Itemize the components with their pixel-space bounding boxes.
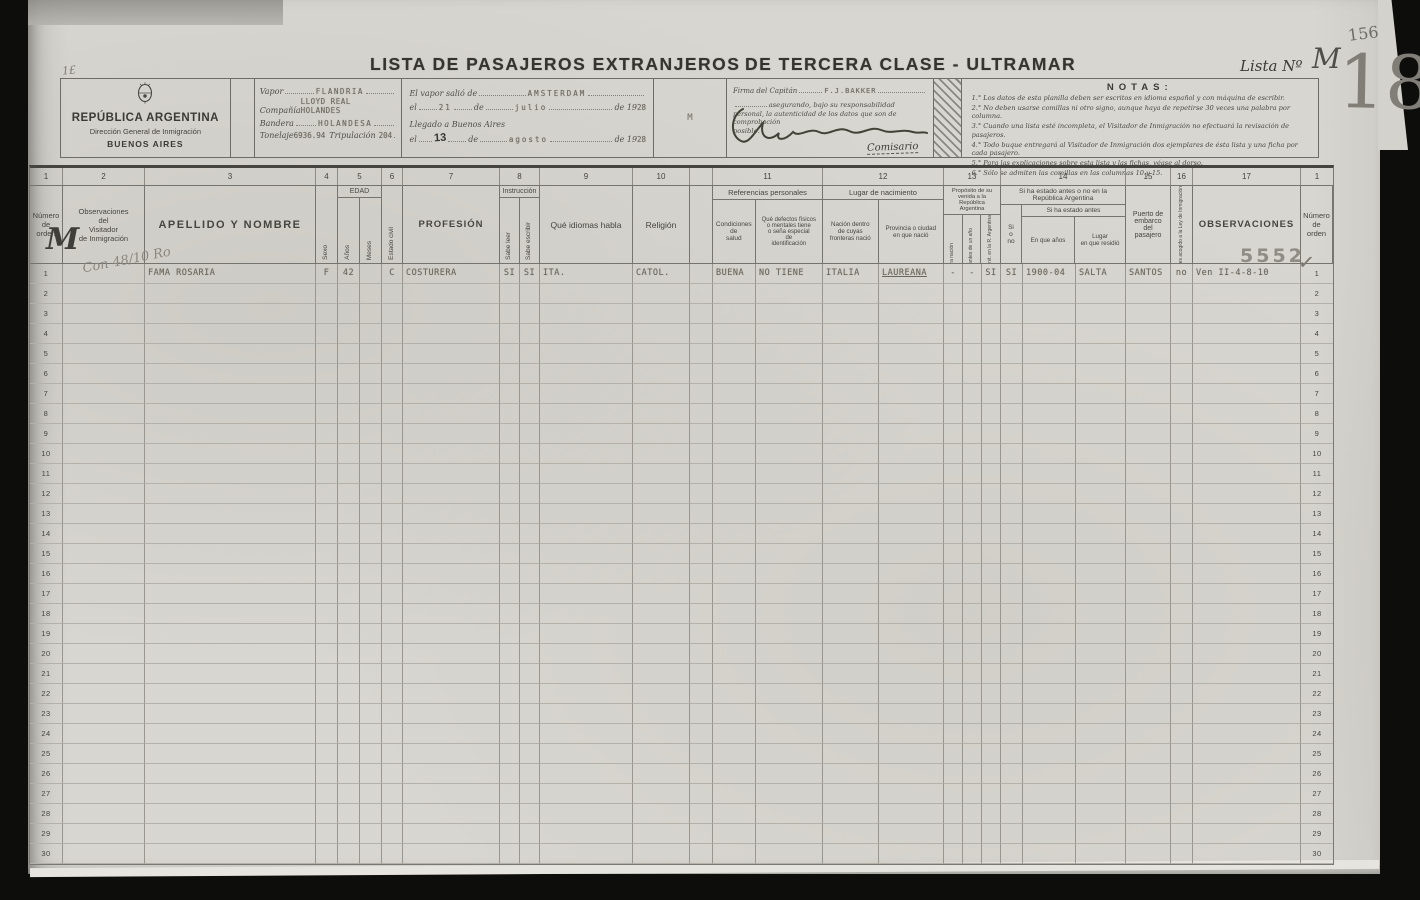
table-cell: [963, 684, 982, 704]
table-cell: [338, 364, 360, 384]
table-cell: [382, 444, 403, 464]
table-cell: [145, 784, 316, 804]
table-cell: [1023, 364, 1076, 384]
table-cell: [756, 284, 823, 304]
table-row: 22: [30, 284, 1333, 304]
col1-pencil-m: M: [46, 222, 79, 257]
table-cell: [145, 484, 316, 504]
table-cell: [145, 284, 316, 304]
table-cell: [690, 284, 713, 304]
table-cell: [500, 784, 520, 804]
table-cell: [756, 804, 823, 824]
table-cell: [1126, 684, 1171, 704]
table-cell: [316, 824, 338, 844]
table-cell: [944, 324, 963, 344]
table-cell: [360, 584, 382, 604]
table-cell: [1023, 544, 1076, 564]
table-cell: [382, 304, 403, 324]
department-name: Dirección General de Inmigración: [61, 127, 230, 136]
table-cell: [982, 504, 1001, 524]
table-cell: [944, 664, 963, 684]
table-cell: [1193, 604, 1301, 624]
table-cell: [1126, 804, 1171, 824]
table-cell: [1001, 344, 1023, 364]
table-cell: [403, 804, 500, 824]
header-proposito-group: Propósito de su venida a la República Ar…: [944, 186, 1001, 263]
table-cell: [63, 624, 145, 644]
table-cell: [338, 604, 360, 624]
table-cell: [944, 764, 963, 784]
table-cell: [963, 284, 982, 304]
table-cell: [316, 424, 338, 444]
header-provincia: Provincia o ciudad en que nació: [879, 200, 943, 263]
form-header-strip: REPÚBLICA ARGENTINA Dirección General de…: [60, 78, 1319, 158]
row-number: 24: [1301, 724, 1333, 744]
table-cell: [520, 564, 540, 584]
table-cell: [63, 824, 145, 844]
table-cell: [338, 744, 360, 764]
header-profesion: PROFESIÓN: [403, 186, 500, 263]
row-number: 21: [1301, 664, 1333, 684]
row-number: 11: [1301, 464, 1333, 484]
table-cell: [520, 364, 540, 384]
table-cell: [63, 844, 145, 864]
table-cell: [944, 484, 963, 504]
table-cell: [1126, 344, 1171, 364]
table-cell: [1171, 304, 1193, 324]
table-cell: [713, 724, 756, 744]
table-cell: [1023, 464, 1076, 484]
table-cell: [338, 384, 360, 404]
row-number: 20: [1301, 644, 1333, 664]
table-cell: [1126, 564, 1171, 584]
table-cell: [1171, 504, 1193, 524]
table-cell: [944, 744, 963, 764]
table-cell: [982, 344, 1001, 364]
table-cell: [690, 824, 713, 844]
table-cell: [690, 364, 713, 384]
table-cell: NO TIENE: [756, 264, 823, 284]
header-ha-estado-antes: Si ha estado antes En que años Lugar en …: [1022, 205, 1125, 263]
table-cell: [1193, 444, 1301, 464]
row-number: 19: [1301, 624, 1333, 644]
table-cell: [963, 344, 982, 364]
table-cell: [360, 644, 382, 664]
table-cell: [1171, 744, 1193, 764]
table-cell: [1076, 724, 1126, 744]
el-label: el: [409, 103, 416, 112]
table-cell: [403, 584, 500, 604]
table-cell: [145, 684, 316, 704]
table-cell: [1076, 604, 1126, 624]
row-number: 22: [1301, 684, 1333, 704]
table-cell: [823, 404, 879, 424]
table-cell: [713, 424, 756, 444]
table-cell: [963, 724, 982, 744]
table-cell: [316, 464, 338, 484]
table-cell: [982, 464, 1001, 484]
table-cell: [63, 604, 145, 624]
table-cell: [1126, 284, 1171, 304]
table-cell: [1001, 664, 1023, 684]
table-cell: [823, 364, 879, 384]
table-cell: [879, 384, 944, 404]
table-cell: [540, 764, 633, 784]
header-sabe-leer: Sabe leer: [500, 198, 520, 263]
table-cell: [1076, 404, 1126, 424]
row-number: 23: [30, 704, 63, 724]
table-cell: [944, 424, 963, 444]
table-cell: [1076, 824, 1126, 844]
table-cell: [1126, 504, 1171, 524]
table-cell: [1171, 604, 1193, 624]
table-cell: [63, 424, 145, 444]
table-cell: [879, 364, 944, 384]
table-cell: [1193, 844, 1301, 864]
table-cell: [145, 364, 316, 384]
table-cell: [382, 384, 403, 404]
table-row: 55: [30, 344, 1333, 364]
table-cell: [63, 584, 145, 604]
row-number: 30: [1301, 844, 1333, 864]
table-cell: [823, 524, 879, 544]
table-cell: [1076, 444, 1126, 464]
table-cell: [713, 684, 756, 704]
table-cell: [382, 624, 403, 644]
row-number: 18: [1301, 604, 1333, 624]
table-cell: [879, 464, 944, 484]
table-cell: [63, 324, 145, 344]
table-cell: [1001, 824, 1023, 844]
table-row: 2929: [30, 824, 1333, 844]
row-number: 22: [30, 684, 63, 704]
table-cell: [963, 544, 982, 564]
table-cell: [520, 404, 540, 424]
column-number-row: 12345678910111213141516171: [30, 168, 1333, 186]
table-row: 66: [30, 364, 1333, 384]
notas-title: NOTAS:: [972, 82, 1308, 93]
table-cell: [982, 804, 1001, 824]
column-number: 4: [316, 168, 338, 185]
table-cell: [879, 624, 944, 644]
table-cell: [1001, 784, 1023, 804]
table-cell: [1023, 804, 1076, 824]
table-cell: [756, 584, 823, 604]
table-cell: [403, 304, 500, 324]
table-cell: [1193, 484, 1301, 504]
table-cell: [316, 604, 338, 624]
row-number: 19: [30, 624, 63, 644]
table-cell: [1076, 684, 1126, 704]
column-number: 16: [1171, 168, 1193, 185]
row-number: 6: [1301, 364, 1333, 384]
table-cell: [1001, 364, 1023, 384]
table-cell: [879, 724, 944, 744]
column-number: 5: [338, 168, 382, 185]
stamp-number: 5552: [1240, 245, 1305, 267]
table-cell: [879, 444, 944, 464]
table-cell: [963, 324, 982, 344]
lista-no-handwritten: M: [1312, 42, 1341, 75]
row-number: 12: [1301, 484, 1333, 504]
table-cell: [382, 784, 403, 804]
nota-item: 1.° Los datos de esta planilla deben ser…: [972, 94, 1308, 103]
table-cell: [316, 304, 338, 324]
row-number: 7: [30, 384, 63, 404]
table-cell: [1126, 744, 1171, 764]
table-cell: [500, 744, 520, 764]
table-cell: [690, 424, 713, 444]
voyage-dates-box: El vapor salió deAMSTERDAM el21dejuliode…: [402, 79, 654, 157]
table-cell: [403, 324, 500, 344]
table-cell: [944, 304, 963, 324]
table-cell: [540, 784, 633, 804]
table-cell: [540, 804, 633, 824]
table-cell: [360, 564, 382, 584]
table-cell: [145, 704, 316, 724]
table-cell: [1193, 624, 1301, 644]
table-cell: [982, 284, 1001, 304]
table-cell: [690, 384, 713, 404]
table-cell: [338, 544, 360, 564]
table-cell: [690, 604, 713, 624]
table-cell: [690, 804, 713, 824]
table-cell: [500, 644, 520, 664]
table-cell: [963, 464, 982, 484]
column-number: 14: [1001, 168, 1126, 185]
table-cell: [360, 824, 382, 844]
table-cell: [1193, 424, 1301, 444]
header-estado-antes-group: Si ha estado antes o no en la República …: [1001, 186, 1126, 263]
table-cell: [316, 584, 338, 604]
table-cell: [63, 684, 145, 704]
table-cell: [316, 644, 338, 664]
table-cell: [756, 524, 823, 544]
header-referencias-group: Referencias personales Condiciones de sa…: [713, 186, 823, 263]
row-number: 7: [1301, 384, 1333, 404]
table-cell: [145, 524, 316, 544]
table-cell: [879, 644, 944, 664]
table-cell: [1171, 684, 1193, 704]
table-cell: [823, 564, 879, 584]
table-cell: [520, 384, 540, 404]
table-cell: [879, 784, 944, 804]
table-cell: [944, 544, 963, 564]
table-cell: [1193, 344, 1301, 364]
salio-port: AMSTERDAM: [528, 89, 587, 98]
table-row: 2121: [30, 664, 1333, 684]
table-cell: [360, 804, 382, 824]
table-cell: [963, 784, 982, 804]
table-cell: [713, 704, 756, 724]
table-cell: [823, 604, 879, 624]
table-cell: [360, 604, 382, 624]
table-cell: [1126, 324, 1171, 344]
table-cell: [1001, 504, 1023, 524]
table-cell: [1193, 304, 1301, 324]
table-cell: [338, 504, 360, 524]
table-cell: [690, 844, 713, 864]
table-cell: [1001, 404, 1023, 424]
row-number: 8: [1301, 404, 1333, 424]
table-cell: F: [316, 264, 338, 284]
table-cell: [63, 284, 145, 304]
de-label: de: [474, 103, 484, 112]
row-number: 30: [30, 844, 63, 864]
table-cell: [1171, 404, 1193, 424]
row-number: 3: [1301, 304, 1333, 324]
table-cell: [944, 844, 963, 864]
row-number: 4: [30, 324, 63, 344]
row-number: 18: [30, 604, 63, 624]
table-cell: [338, 484, 360, 504]
table-cell: SI: [1001, 264, 1023, 284]
table-cell: [403, 484, 500, 504]
table-cell: [63, 364, 145, 384]
table-cell: [1126, 424, 1171, 444]
table-cell: [500, 524, 520, 544]
table-cell: SALTA: [1076, 264, 1126, 284]
table-cell: [963, 644, 982, 664]
table-cell: [1023, 584, 1076, 604]
table-cell: [756, 484, 823, 504]
table-cell: [145, 584, 316, 604]
table-cell: [944, 704, 963, 724]
table-cell: [316, 484, 338, 504]
table-cell: [338, 664, 360, 684]
table-cell: [1171, 524, 1193, 544]
table-cell: [823, 664, 879, 684]
table-cell: [520, 724, 540, 744]
row-number: 29: [1301, 824, 1333, 844]
table-cell: [879, 704, 944, 724]
table-cell: [520, 604, 540, 624]
header-edad-group: EDAD Años Meses: [338, 186, 382, 263]
table-cell: [1193, 744, 1301, 764]
compania-label: Compañía: [260, 106, 301, 115]
table-cell: [690, 524, 713, 544]
table-cell: [316, 624, 338, 644]
table-cell: [403, 464, 500, 484]
table-cell: [756, 644, 823, 664]
table-cell: [403, 564, 500, 584]
table-cell: [982, 584, 1001, 604]
table-cell: [145, 564, 316, 584]
table-cell: [1023, 404, 1076, 424]
table-cell: [879, 764, 944, 784]
table-cell: [1001, 324, 1023, 344]
table-cell: [963, 604, 982, 624]
table-cell: [1023, 524, 1076, 544]
table-cell: [982, 664, 1001, 684]
table-cell: [713, 604, 756, 624]
table-cell: [756, 824, 823, 844]
table-cell: [403, 784, 500, 804]
table-cell: [540, 364, 633, 384]
table-cell: [823, 344, 879, 364]
table-cell: [713, 404, 756, 424]
table-cell: [633, 504, 690, 524]
table-cell: [756, 444, 823, 464]
table-cell: [403, 604, 500, 624]
table-cell: [690, 684, 713, 704]
column-number: 12: [823, 168, 944, 185]
table-cell: [1001, 284, 1023, 304]
table-cell: [1076, 544, 1126, 564]
table-cell: -: [944, 264, 963, 284]
table-cell: [756, 424, 823, 444]
table-cell: [403, 524, 500, 544]
table-cell: [982, 824, 1001, 844]
table-cell: [63, 444, 145, 464]
row-number: 8: [30, 404, 63, 424]
row-number: 14: [1301, 524, 1333, 544]
row-number: 10: [30, 444, 63, 464]
header-sexo: Sexo: [316, 186, 338, 263]
table-cell: [982, 624, 1001, 644]
row-number: 5: [1301, 344, 1333, 364]
table-cell: [1023, 824, 1076, 844]
table-cell: [633, 584, 690, 604]
table-cell: [1076, 644, 1126, 664]
header-idiomas: Qué idiomas habla: [540, 186, 633, 263]
row-number: 13: [1301, 504, 1333, 524]
table-cell: [756, 844, 823, 864]
table-cell: [1171, 364, 1193, 384]
table-cell: [520, 444, 540, 464]
table-row: 1FAMA ROSARIAF42CCOSTURERASISIITA.CATOL.…: [30, 264, 1333, 284]
table-cell: [500, 304, 520, 324]
table-cell: [963, 824, 982, 844]
table-cell: [879, 424, 944, 444]
table-cell: [338, 784, 360, 804]
table-cell: [1126, 824, 1171, 844]
table-cell: [633, 384, 690, 404]
table-cell: [500, 564, 520, 584]
table-cell: [403, 424, 500, 444]
table-cell: [713, 664, 756, 684]
table-cell: [1171, 764, 1193, 784]
column-number: 10: [633, 168, 690, 185]
table-cell: [879, 284, 944, 304]
table-cell: [1001, 424, 1023, 444]
table-cell: [500, 604, 520, 624]
table-row: 1717: [30, 584, 1333, 604]
table-cell: [382, 604, 403, 624]
table-cell: [690, 624, 713, 644]
table-cell: [1023, 284, 1076, 304]
table-cell: [1023, 784, 1076, 804]
table-cell: [879, 344, 944, 364]
header-nacion: Nación dentro de cuyas fronteras nació: [823, 200, 879, 263]
table-cell: [1171, 844, 1193, 864]
table-cell: [403, 704, 500, 724]
salio-year: 28: [637, 103, 646, 112]
table-cell: [823, 504, 879, 524]
table-cell: [633, 704, 690, 724]
lista-no-label: Lista Nº: [1240, 57, 1302, 75]
header-religion: Religión: [633, 186, 690, 263]
table-cell: [520, 464, 540, 484]
table-cell: [1126, 764, 1171, 784]
table-cell: [1076, 424, 1126, 444]
table-cell: [63, 804, 145, 824]
table-cell: [1023, 764, 1076, 784]
table-cell: [879, 404, 944, 424]
table-cell: [713, 804, 756, 824]
table-cell: [145, 424, 316, 444]
table-cell: [145, 724, 316, 744]
